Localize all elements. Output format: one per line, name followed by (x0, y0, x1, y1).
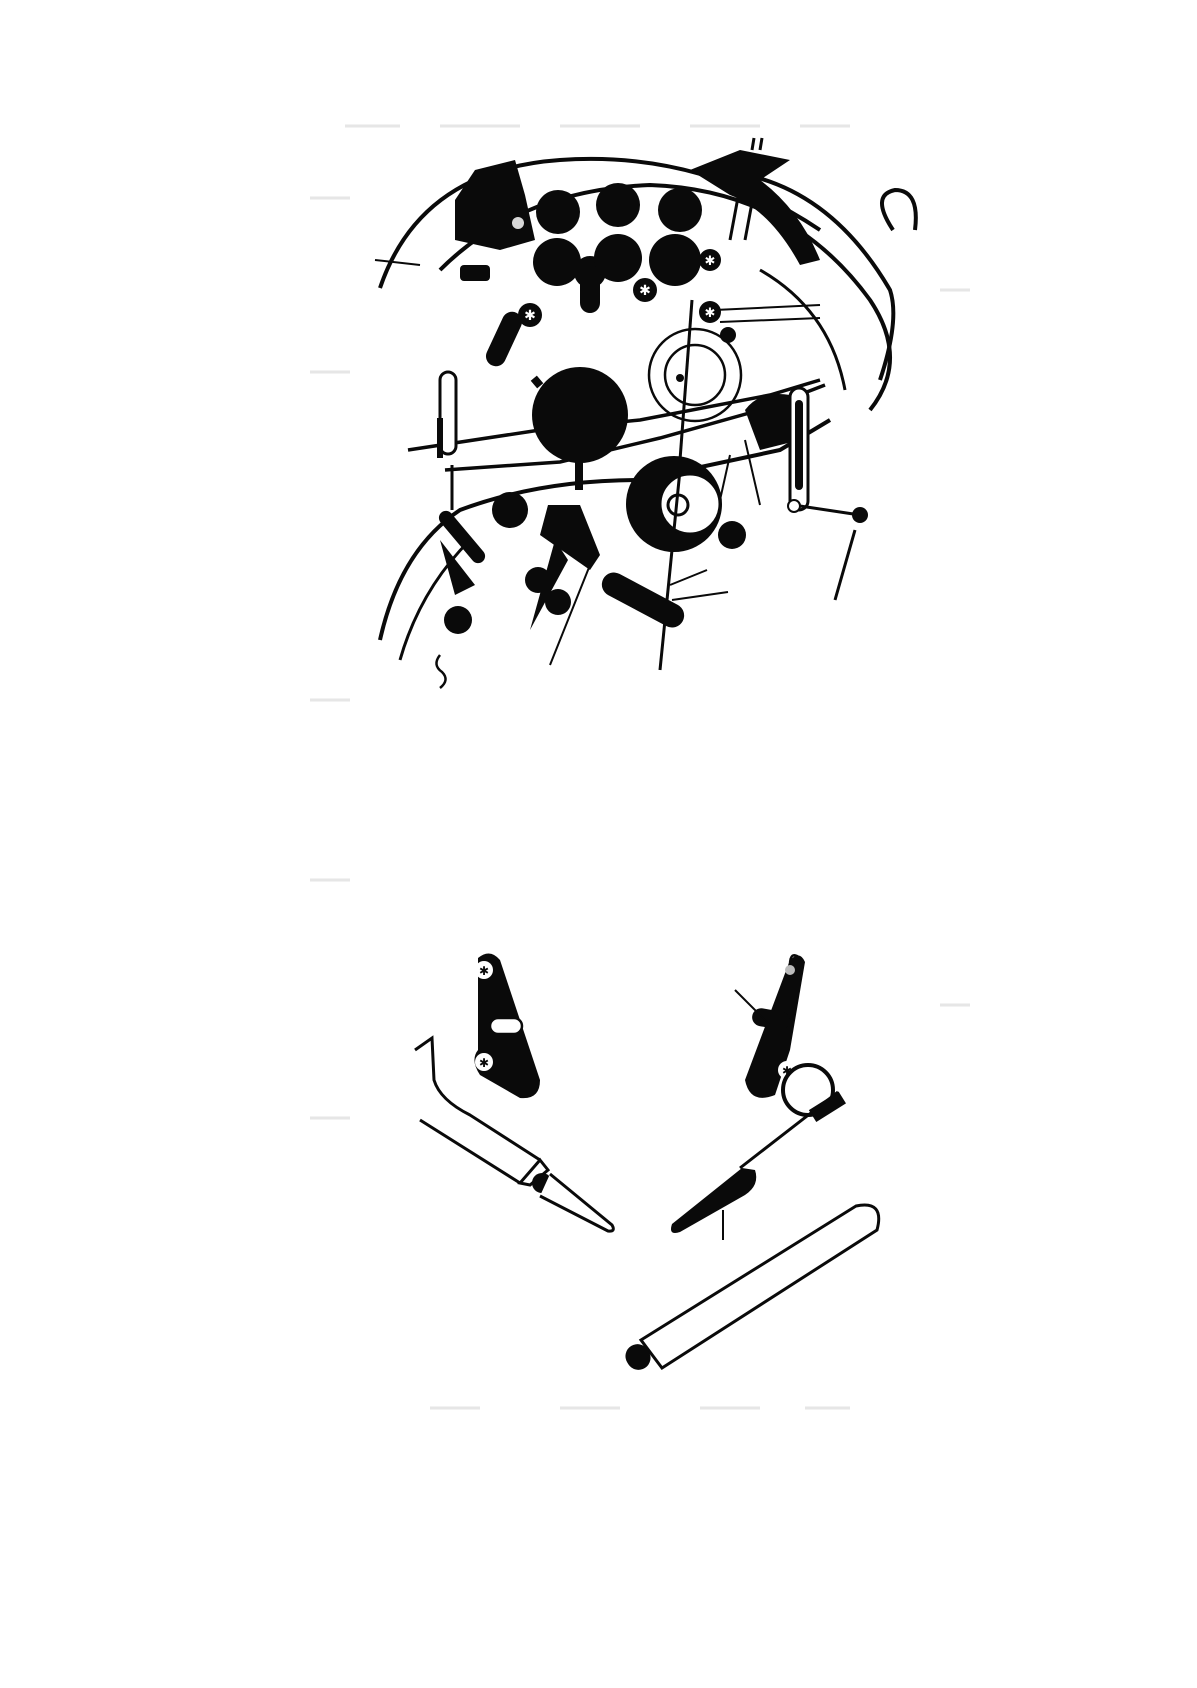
upper-left-kicker (375, 160, 535, 281)
star-icon: ✱ (479, 1056, 489, 1070)
left-outlane-wiggle (436, 655, 445, 688)
spinner-target (626, 456, 746, 670)
right-lane-post (720, 388, 868, 600)
pop-bumper-1 (536, 190, 580, 234)
left-flipper (520, 1160, 613, 1231)
star-icon: ✱ (639, 283, 651, 299)
star-icon: ✱ (705, 306, 716, 321)
pop-bumpers (533, 183, 702, 313)
drop-targets (436, 492, 600, 665)
drop-target (460, 265, 490, 281)
ball-shooter-lane (621, 1205, 879, 1374)
star-icon: ✱ (479, 964, 489, 978)
lower-center-target (598, 568, 728, 631)
pop-bumper-2 (596, 183, 640, 227)
star-icon: ✱ (524, 308, 536, 324)
post-icon (512, 217, 524, 229)
center-bumper (531, 367, 628, 490)
pop-bumper-3 (658, 188, 702, 232)
playfield-diagram: ✱ ✱ ✱ ✱ (0, 0, 1197, 1688)
left-slingshot: ✱ ✱ (474, 953, 540, 1098)
left-lane-post (437, 372, 456, 510)
star-icon: ✱ (705, 254, 716, 269)
